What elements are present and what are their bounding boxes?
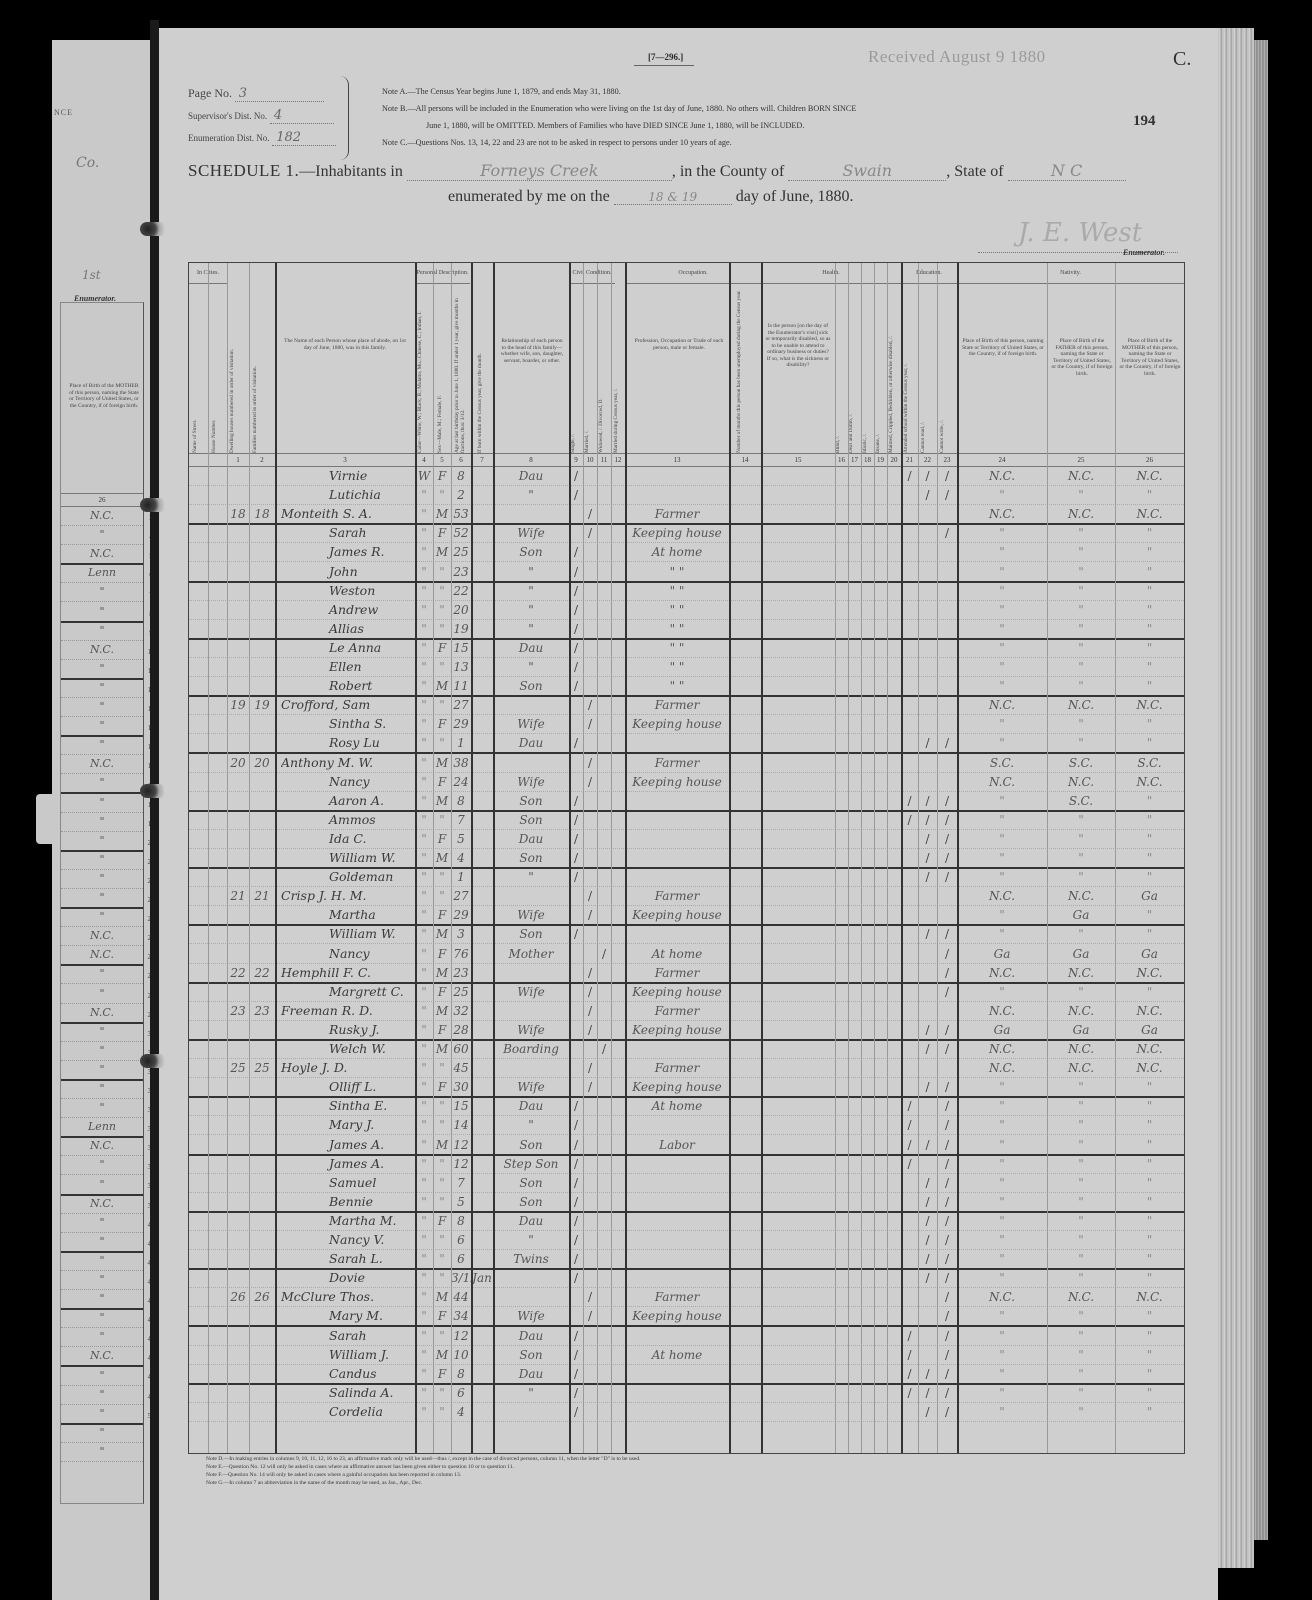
cell-c12: [611, 600, 625, 619]
cell-bm: ": [1115, 1383, 1184, 1402]
column-rule: [227, 263, 228, 1453]
cell-rel: ": [493, 1383, 569, 1402]
cell-c9: /: [569, 562, 583, 581]
cell-c10: [583, 924, 597, 943]
cell-color: ": [415, 733, 433, 752]
table-row: 2121Crisp J. H. M.""27/FarmerN.C.N.C.Ga: [189, 886, 1184, 906]
cell-c21: [901, 944, 918, 963]
cell-name: Freeman R. D.: [281, 1001, 415, 1020]
cell-bm: ": [1115, 657, 1184, 676]
cell-sex: M: [433, 1135, 451, 1154]
cell-c21: [901, 963, 918, 982]
cell-age: 23: [451, 963, 471, 982]
cell-b: ": [957, 1364, 1047, 1383]
cell-c11: [597, 772, 611, 791]
cell-color: ": [415, 944, 433, 963]
cell-rel: ": [493, 485, 569, 504]
cell-mo: [471, 1230, 493, 1249]
cell-occ: [625, 1115, 729, 1134]
cell-dw: [227, 1402, 249, 1421]
cell-sex: M: [433, 504, 451, 523]
cell-mo: [471, 523, 493, 542]
cell-mo: [471, 848, 493, 867]
cell-fam: [249, 905, 275, 924]
cell-bf: ": [1047, 1154, 1115, 1173]
cell-mo: [471, 1364, 493, 1383]
cell-occ: Farmer: [625, 1287, 729, 1306]
left-col26-cell: N.C.: [61, 640, 143, 660]
cell-dw: [227, 657, 249, 676]
table-row: Rosy Lu""1Dau///""": [189, 733, 1184, 754]
cell-dw: [227, 791, 249, 810]
cell-c10: [583, 1326, 597, 1345]
table-row: William J."M10Son/At home//""": [189, 1345, 1184, 1365]
left-col26-cell: ": [61, 1404, 143, 1425]
cell-b: ": [957, 1154, 1047, 1173]
cell-c11: [597, 1326, 611, 1345]
binder-ring: [140, 1054, 166, 1068]
cell-rel: Boarding: [493, 1039, 569, 1058]
cell-sex: F: [433, 772, 451, 791]
cell-rel: ": [493, 600, 569, 619]
cell-color: ": [415, 982, 433, 1001]
cell-rel: Wife: [493, 1306, 569, 1325]
cell-c23: /: [937, 1345, 957, 1364]
cell-b: ": [957, 1077, 1047, 1096]
cell-c22: /: [918, 1077, 937, 1096]
cell-c11: [597, 542, 611, 561]
column-rule: [208, 263, 209, 1453]
cell-b: ": [957, 1173, 1047, 1192]
cell-c9: /: [569, 867, 583, 886]
cell-b: S.C.: [957, 753, 1047, 772]
cell-c10: [583, 1039, 597, 1058]
cell-mo: [471, 791, 493, 810]
cell-c21: /: [901, 791, 918, 810]
cell-age: 12: [451, 1154, 471, 1173]
table-row: Weston""22"/" """": [189, 581, 1184, 601]
cell-mo: [471, 753, 493, 772]
cell-color: ": [415, 657, 433, 676]
cell-age: 15: [451, 1096, 471, 1115]
cell-b: ": [957, 562, 1047, 581]
header-civil-condition: Civil Condition.: [569, 263, 615, 284]
cell-color: ": [415, 1326, 433, 1345]
cell-occ: Keeping house: [625, 982, 729, 1001]
cell-c9: [569, 523, 583, 542]
cell-c11: [597, 466, 611, 485]
header-personal-description: Personal Description.: [415, 263, 470, 284]
column-number: 8: [493, 454, 569, 466]
cell-bf: N.C.: [1047, 1039, 1115, 1058]
header-col-house: House Number.: [211, 285, 225, 453]
cell-age: 8: [451, 791, 471, 810]
cell-fam: [249, 848, 275, 867]
cell-mo: [471, 1020, 493, 1039]
header-col-street: Name of Street.: [192, 285, 206, 453]
column-number: 3: [275, 454, 415, 466]
cell-dw: [227, 1230, 249, 1249]
note-d: Note D.—In making entries in columns 9, …: [206, 1455, 641, 1463]
cell-bm: ": [1115, 1402, 1184, 1421]
cell-bm: ": [1115, 1077, 1184, 1096]
cell-c9: /: [569, 542, 583, 561]
cell-dw: [227, 944, 249, 963]
cell-occ: Keeping house: [625, 523, 729, 542]
column-rule: [861, 263, 862, 1453]
cell-rel: Dau: [493, 829, 569, 848]
cell-b: ": [957, 657, 1047, 676]
cell-c11: [597, 695, 611, 714]
cell-c23: [937, 905, 957, 924]
cell-c10: [583, 542, 597, 561]
column-rule: [835, 263, 836, 1453]
cell-c21: [901, 657, 918, 676]
cell-color: ": [415, 810, 433, 829]
brace: [340, 76, 349, 160]
cell-rel: [493, 1287, 569, 1306]
cell-fam: [249, 982, 275, 1001]
cell-occ: [625, 924, 729, 943]
cell-fam: [249, 619, 275, 638]
cell-age: 3: [451, 924, 471, 943]
cell-occ: [625, 1230, 729, 1249]
cell-c10: /: [583, 1001, 597, 1020]
header-col-9: Single, /.: [570, 285, 580, 453]
column-rule: [611, 263, 612, 1453]
cell-fam: [249, 772, 275, 791]
cell-c9: /: [569, 924, 583, 943]
cell-c11: [597, 1306, 611, 1325]
cell-dw: [227, 676, 249, 695]
column-rule: [415, 263, 417, 1453]
cell-c11: [597, 1135, 611, 1154]
cell-fam: [249, 1115, 275, 1134]
cell-c11: [597, 810, 611, 829]
cell-color: ": [415, 1249, 433, 1268]
cell-c22: [918, 886, 937, 905]
header-nativity: Nativity.: [957, 263, 1184, 284]
table-row: Sarah L.""6Twins///""": [189, 1249, 1184, 1270]
cell-bm: ": [1115, 1306, 1184, 1325]
left-col26-cell: ": [61, 1327, 143, 1347]
table-row: Goldeman""1"///""": [189, 867, 1184, 887]
left-col26-cell: ": [61, 1385, 143, 1405]
cell-fam: [249, 810, 275, 829]
cell-c10: [583, 1249, 597, 1268]
cell-dw: [227, 1135, 249, 1154]
cell-c21: [901, 676, 918, 695]
cell-c10: [583, 1173, 597, 1192]
page-no-label: Page No.: [188, 86, 232, 101]
cell-dw: 18: [227, 504, 249, 523]
cell-c10: [583, 562, 597, 581]
cell-c22: [918, 581, 937, 600]
cell-age: 14: [451, 1115, 471, 1134]
cell-c23: [937, 657, 957, 676]
table-row: Salinda A.""6"////""": [189, 1383, 1184, 1403]
cell-occ: [625, 829, 729, 848]
cell-c9: /: [569, 619, 583, 638]
cell-c10: [583, 829, 597, 848]
cell-c23: [937, 676, 957, 695]
cell-c21: /: [901, 1326, 918, 1345]
cell-c12: [611, 562, 625, 581]
cell-c11: [597, 638, 611, 657]
cell-dw: [227, 1077, 249, 1096]
cell-c10: /: [583, 886, 597, 905]
cell-age: 30: [451, 1077, 471, 1096]
cell-bf: ": [1047, 1268, 1115, 1287]
cell-dw: [227, 1345, 249, 1364]
cell-c12: [611, 657, 625, 676]
cell-c12: [611, 581, 625, 600]
cell-c10: [583, 810, 597, 829]
cell-mo: [471, 1402, 493, 1421]
cell-c12: [611, 1001, 625, 1020]
cell-c9: [569, 772, 583, 791]
cell-c21: [901, 848, 918, 867]
cell-bf: ": [1047, 1383, 1115, 1402]
cell-dw: [227, 829, 249, 848]
header-col-4: Color—White, W.; Black, B.; Mulatto, Mu.…: [417, 285, 433, 453]
cell-fam: [249, 1383, 275, 1402]
cell-sex: ": [433, 657, 451, 676]
cell-mo: [471, 1345, 493, 1364]
left-col26-cell: Lenn: [61, 1117, 143, 1138]
cell-c9: /: [569, 485, 583, 504]
cell-occ: [625, 867, 729, 886]
table-row: Sintha E.""15Dau/At home//""": [189, 1096, 1184, 1116]
page-edges: [1254, 40, 1268, 1540]
cell-bm: ": [1115, 581, 1184, 600]
cell-age: 76: [451, 944, 471, 963]
cell-c12: [611, 1249, 625, 1268]
cell-c12: [611, 1230, 625, 1249]
cell-occ: Keeping house: [625, 714, 729, 733]
left-col26-cell: ": [61, 1366, 143, 1386]
cell-bm: Ga: [1115, 944, 1184, 963]
cell-c22: /: [918, 1135, 937, 1154]
page-tab: [36, 794, 58, 844]
cell-c21: [901, 867, 918, 886]
binder-ring: [140, 498, 166, 512]
header-col-23: Cannot write, /.: [939, 285, 951, 453]
cell-c22: /: [918, 848, 937, 867]
cell-c12: [611, 1020, 625, 1039]
cell-color: ": [415, 963, 433, 982]
left-col26-cell: N.C.: [61, 506, 143, 526]
cell-bf: Ga: [1047, 944, 1115, 963]
cell-fam: [249, 1306, 275, 1325]
column-rule: [918, 263, 919, 1453]
cell-rel: Son: [493, 1345, 569, 1364]
cell-c11: [597, 848, 611, 867]
cell-c12: [611, 676, 625, 695]
header-col-20: Maimed, Crippled, Bedridden, or otherwis…: [888, 285, 898, 453]
cell-c23: [937, 600, 957, 619]
cell-dw: 26: [227, 1287, 249, 1306]
cell-rel: Wife: [493, 1020, 569, 1039]
cell-age: 10: [451, 1345, 471, 1364]
instruction-notes: Note A.—The Census Year begins June 1, 1…: [382, 83, 856, 151]
cell-c23: [937, 695, 957, 714]
cell-mo: [471, 1058, 493, 1077]
cell-dw: [227, 733, 249, 752]
table-row: Ammos""7Son////""": [189, 810, 1184, 830]
cell-sex: F: [433, 1306, 451, 1325]
cell-c11: [597, 1364, 611, 1383]
cell-bf: N.C.: [1047, 466, 1115, 485]
left-col26-cell: ": [61, 869, 143, 889]
cell-c11: [597, 867, 611, 886]
table-row: Cordelia""4///""": [189, 1402, 1184, 1422]
cell-b: N.C.: [957, 1039, 1047, 1058]
left-col26-cell: ": [61, 582, 143, 602]
cell-c9: /: [569, 791, 583, 810]
cell-occ: [625, 1326, 729, 1345]
cell-color: ": [415, 753, 433, 772]
cell-c21: [901, 1077, 918, 1096]
cell-fam: [249, 638, 275, 657]
cell-sex: ": [433, 695, 451, 714]
cell-b: N.C.: [957, 1058, 1047, 1077]
cell-c12: [611, 829, 625, 848]
cell-age: 7: [451, 1173, 471, 1192]
cell-c10: /: [583, 1306, 597, 1325]
table-row: Nancy"F24Wife/Keeping houseN.C.N.C.N.C.: [189, 772, 1184, 792]
cell-c21: /: [901, 1096, 918, 1115]
cell-occ: [625, 1383, 729, 1402]
cell-b: ": [957, 619, 1047, 638]
cell-mo: [471, 829, 493, 848]
cell-c10: /: [583, 753, 597, 772]
cell-age: 22: [451, 581, 471, 600]
cell-c21: /: [901, 1364, 918, 1383]
enumerator-signature: J. E. West: [1018, 218, 1142, 248]
table-row: Ida C."F5Dau///""": [189, 829, 1184, 849]
cell-color: ": [415, 504, 433, 523]
cell-c22: [918, 1326, 937, 1345]
cell-c12: [611, 810, 625, 829]
cell-b: ": [957, 1115, 1047, 1134]
cell-c22: [918, 1115, 937, 1134]
cell-c21: /: [901, 810, 918, 829]
cell-mo: [471, 867, 493, 886]
cell-occ: Farmer: [625, 886, 729, 905]
cell-occ: " ": [625, 600, 729, 619]
cell-c9: /: [569, 600, 583, 619]
cell-sex: ": [433, 810, 451, 829]
cell-bf: N.C.: [1047, 504, 1115, 523]
cell-name: Crisp J. H. M.: [281, 886, 415, 905]
cell-c11: [597, 1249, 611, 1268]
cell-c11: [597, 905, 611, 924]
cell-c12: [611, 1115, 625, 1134]
county-value: Swain: [788, 161, 946, 181]
header-col-21: Attended school within the Census year, …: [903, 285, 915, 453]
cell-rel: ": [493, 562, 569, 581]
cell-c21: [901, 638, 918, 657]
cell-sex: ": [433, 733, 451, 752]
cell-bm: N.C.: [1115, 504, 1184, 523]
cell-occ: At home: [625, 944, 729, 963]
cell-bf: ": [1047, 1326, 1115, 1345]
cell-c10: [583, 1402, 597, 1421]
header-col-26: Place of Birth of the MOTHER of this per…: [1119, 338, 1181, 377]
cell-c9: /: [569, 676, 583, 695]
cell-c12: [611, 982, 625, 1001]
state-label: , State of: [946, 163, 1003, 180]
left-col26-cell: ": [61, 1041, 143, 1061]
cell-sex: F: [433, 523, 451, 542]
cell-c9: [569, 753, 583, 772]
cell-sex: ": [433, 1268, 451, 1287]
cell-dw: [227, 1326, 249, 1345]
table-row: Sarah""12Dau///""": [189, 1326, 1184, 1346]
cell-fam: [249, 829, 275, 848]
cell-occ: " ": [625, 581, 729, 600]
table-row: Andrew""20"/" """": [189, 600, 1184, 620]
cell-fam: [249, 1230, 275, 1249]
cell-mo: [471, 581, 493, 600]
cell-rel: Wife: [493, 714, 569, 733]
cell-mo: [471, 963, 493, 982]
cell-c22: /: [918, 1020, 937, 1039]
cell-dw: 19: [227, 695, 249, 714]
cell-sex: ": [433, 867, 451, 886]
table-row: Rusky J."F28Wife/Keeping house//GaGaGa: [189, 1020, 1184, 1041]
cell-bf: N.C.: [1047, 1287, 1115, 1306]
table-row: Ellen""13"/" """": [189, 657, 1184, 677]
cell-color: ": [415, 886, 433, 905]
cell-b: ": [957, 1326, 1047, 1345]
cell-sex: M: [433, 1287, 451, 1306]
cell-dw: [227, 581, 249, 600]
cell-bm: ": [1115, 1135, 1184, 1154]
cell-rel: Son: [493, 1173, 569, 1192]
header-occupation: Occupation.: [625, 263, 761, 284]
left-col26-cell: ": [61, 1060, 143, 1081]
cell-b: ": [957, 523, 1047, 542]
cell-sex: ": [433, 1192, 451, 1211]
cell-c9: /: [569, 1211, 583, 1230]
census-table: In Cities. Personal Description. Civil C…: [188, 262, 1185, 1454]
cell-c21: [901, 1058, 918, 1077]
cell-color: ": [415, 695, 433, 714]
cell-age: 25: [451, 982, 471, 1001]
cell-c9: [569, 1001, 583, 1020]
cell-c12: [611, 1058, 625, 1077]
cell-rel: Son: [493, 1135, 569, 1154]
cell-rel: Wife: [493, 1077, 569, 1096]
table-row: 2222Hemphill F. C."M23/Farmer/N.C.N.C.N.…: [189, 963, 1184, 984]
cell-c9: [569, 504, 583, 523]
cell-sex: ": [433, 1402, 451, 1421]
cell-dw: [227, 562, 249, 581]
left-col26-cell: ": [61, 659, 143, 680]
cell-c21: [901, 1211, 918, 1230]
cell-color: ": [415, 562, 433, 581]
table-row: Sintha S."F29Wife/Keeping house""": [189, 714, 1184, 734]
column-number: 17: [848, 454, 861, 466]
header-col-13: Profession, Occupation or Trade of each …: [629, 338, 729, 351]
cell-c10: [583, 581, 597, 600]
cell-age: 7: [451, 810, 471, 829]
cell-c10: [583, 1154, 597, 1173]
cell-color: ": [415, 1039, 433, 1058]
cell-c11: [597, 1154, 611, 1173]
